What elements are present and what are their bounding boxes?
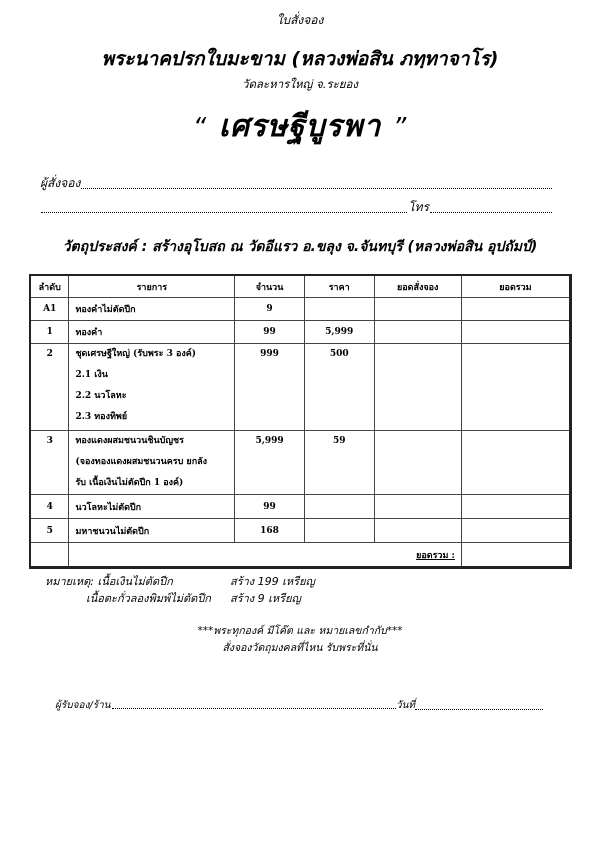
table-row: 1 ทองคำ 99 5,999 [30,321,571,344]
note-line-2: เนื้อตะกั่วลองพิมพ์ไม่ตัดปีก สร้าง 9 เหร… [86,589,211,607]
table-row: 2 ชุดเศรษฐีใหญ่ (รับพระ 3 องค์) 2.1 เงิน… [30,344,571,431]
row-no: 2 [30,344,69,431]
header-total: ยอดรวม [461,275,570,298]
footer-note-pickup: สั่งจองวัดถุมงคลที่ไหน รับพระที่นั่น [0,639,600,656]
row-ordered-cell[interactable] [374,495,461,519]
row-no: A1 [30,298,69,321]
row-price: 500 [304,344,374,431]
orderer-field[interactable]: ผู้สั่งจอง [40,174,552,193]
phone-label: โทร [408,198,429,217]
receiver-label: ผู้รับจอง/ร้าน [55,698,111,713]
header-qty: จำนวน [235,275,305,298]
row-qty: 99 [235,495,305,519]
row-item: ทองแดงผสมชนวนชินบัญชร (จองทองแดงผสมชนวนค… [69,431,235,495]
row-qty: 9 [235,298,305,321]
temple-name: วัดละหารใหญ่ จ.ระยอง [0,76,600,94]
orderer-input-line[interactable] [81,174,552,189]
header-no: ลำดับ [30,275,69,298]
note-lead-value: สร้าง 9 เหรียญ [230,589,301,607]
header-price: ราคา [304,275,374,298]
phone-field[interactable]: โทร [40,198,552,217]
row-item-line: รับ เนื้อเงินไม่ตัดปีก 1 องค์) [75,473,228,494]
orderer-label: ผู้สั่งจอง [40,174,80,193]
row-total-cell[interactable] [461,298,570,321]
grand-total-row: ยอดรวม : [30,543,571,568]
grand-total-blank [30,543,69,568]
amulet-name: พระนาคปรกใบมะขาม (หลวงพ่อสิน ภทฺทาจาโร) [0,44,600,74]
footer-note-code: ***พระทุกองค์ มีโค๊ต และ หมายเลขกำกับ*** [0,622,600,639]
row-item: มหาชนวนไม่ตัดปีก [69,519,235,543]
date-label: วันที่ [396,698,415,713]
row-item-line: ทองแดงผสมชนวนชินบัญชร [75,431,228,452]
row-total-cell[interactable] [461,519,570,543]
row-item-line: ชุดเศรษฐีใหญ่ (รับพระ 3 องค์) [75,344,228,365]
table-header-row: ลำดับ รายการ จำนวน ราคา ยอดสั่งจอง ยอดรว… [30,275,571,298]
table-row: 5 มหาชนวนไม่ตัดปีก 168 [30,519,571,543]
row-item: ทองคำ [69,321,235,344]
row-total-cell[interactable] [461,344,570,431]
row-no: 5 [30,519,69,543]
row-item: ทองคำไม่ตัดปีก [69,298,235,321]
table-row: 3 ทองแดงผสมชนวนชินบัญชร (จองทองแดงผสมชนว… [30,431,571,495]
note-silver-value: สร้าง 199 เหรียญ [230,572,315,590]
row-price: 59 [304,431,374,495]
row-item-line: (จองทองแดงผสมชนวนครบ ยกลัง [75,452,228,473]
row-item-line: 2.2 นวโลหะ [75,386,228,407]
date-input-line[interactable] [415,698,543,710]
note-lead-label: เนื้อตะกั่วลองพิมพ์ไม่ตัดปีก [86,592,211,605]
receiver-input-line[interactable] [112,698,396,709]
row-price: 5,999 [304,321,374,344]
row-price [304,298,374,321]
document-title: ใบสั่งจอง [0,11,600,30]
order-table: ลำดับ รายการ จำนวน ราคา ยอดสั่งจอง ยอดรว… [29,274,572,569]
series-name: “ เศรษฐีบูรพา ” [0,103,600,150]
quote-open: “ [193,113,207,143]
row-price [304,519,374,543]
row-ordered-cell[interactable] [374,344,461,431]
series-name-text: เศรษฐีบูรพา [219,109,382,144]
address-input-line[interactable] [41,198,407,213]
row-item: ชุดเศรษฐีใหญ่ (รับพระ 3 องค์) 2.1 เงิน 2… [69,344,235,431]
row-total-cell[interactable] [461,495,570,519]
row-ordered-cell[interactable] [374,298,461,321]
row-no: 1 [30,321,69,344]
note-line-1: หมายเหตุ: เนื้อเงินไม่ตัดปีก สร้าง 199 เ… [45,572,173,590]
header-item: รายการ [69,275,235,298]
purpose-statement: วัตถุประสงค์ : สร้างอุโบสถ ณ วัดอีแรว อ.… [0,236,600,258]
row-qty: 99 [235,321,305,344]
row-no: 4 [30,495,69,519]
row-item-line: 2.3 ทองทิพย์ [75,407,228,428]
row-total-cell[interactable] [461,431,570,495]
quote-close: ” [393,113,407,143]
phone-input-line[interactable] [430,198,552,213]
row-item: นวโลหะไม่ตัดปีก [69,495,235,519]
row-price [304,495,374,519]
row-qty: 999 [235,344,305,431]
grand-total-label: ยอดรวม : [69,543,461,568]
row-qty: 168 [235,519,305,543]
row-no: 3 [30,431,69,495]
note-silver-label: หมายเหตุ: เนื้อเงินไม่ตัดปีก [45,575,173,588]
receiver-field[interactable]: ผู้รับจอง/ร้าน วันที่ [55,698,543,713]
row-ordered-cell[interactable] [374,321,461,344]
row-ordered-cell[interactable] [374,519,461,543]
row-qty: 5,999 [235,431,305,495]
table-row: A1 ทองคำไม่ตัดปีก 9 [30,298,571,321]
row-total-cell[interactable] [461,321,570,344]
row-ordered-cell[interactable] [374,431,461,495]
row-item-line: 2.1 เงิน [75,365,228,386]
grand-total-value[interactable] [461,543,570,568]
table-row: 4 นวโลหะไม่ตัดปีก 99 [30,495,571,519]
header-ordered: ยอดสั่งจอง [374,275,461,298]
